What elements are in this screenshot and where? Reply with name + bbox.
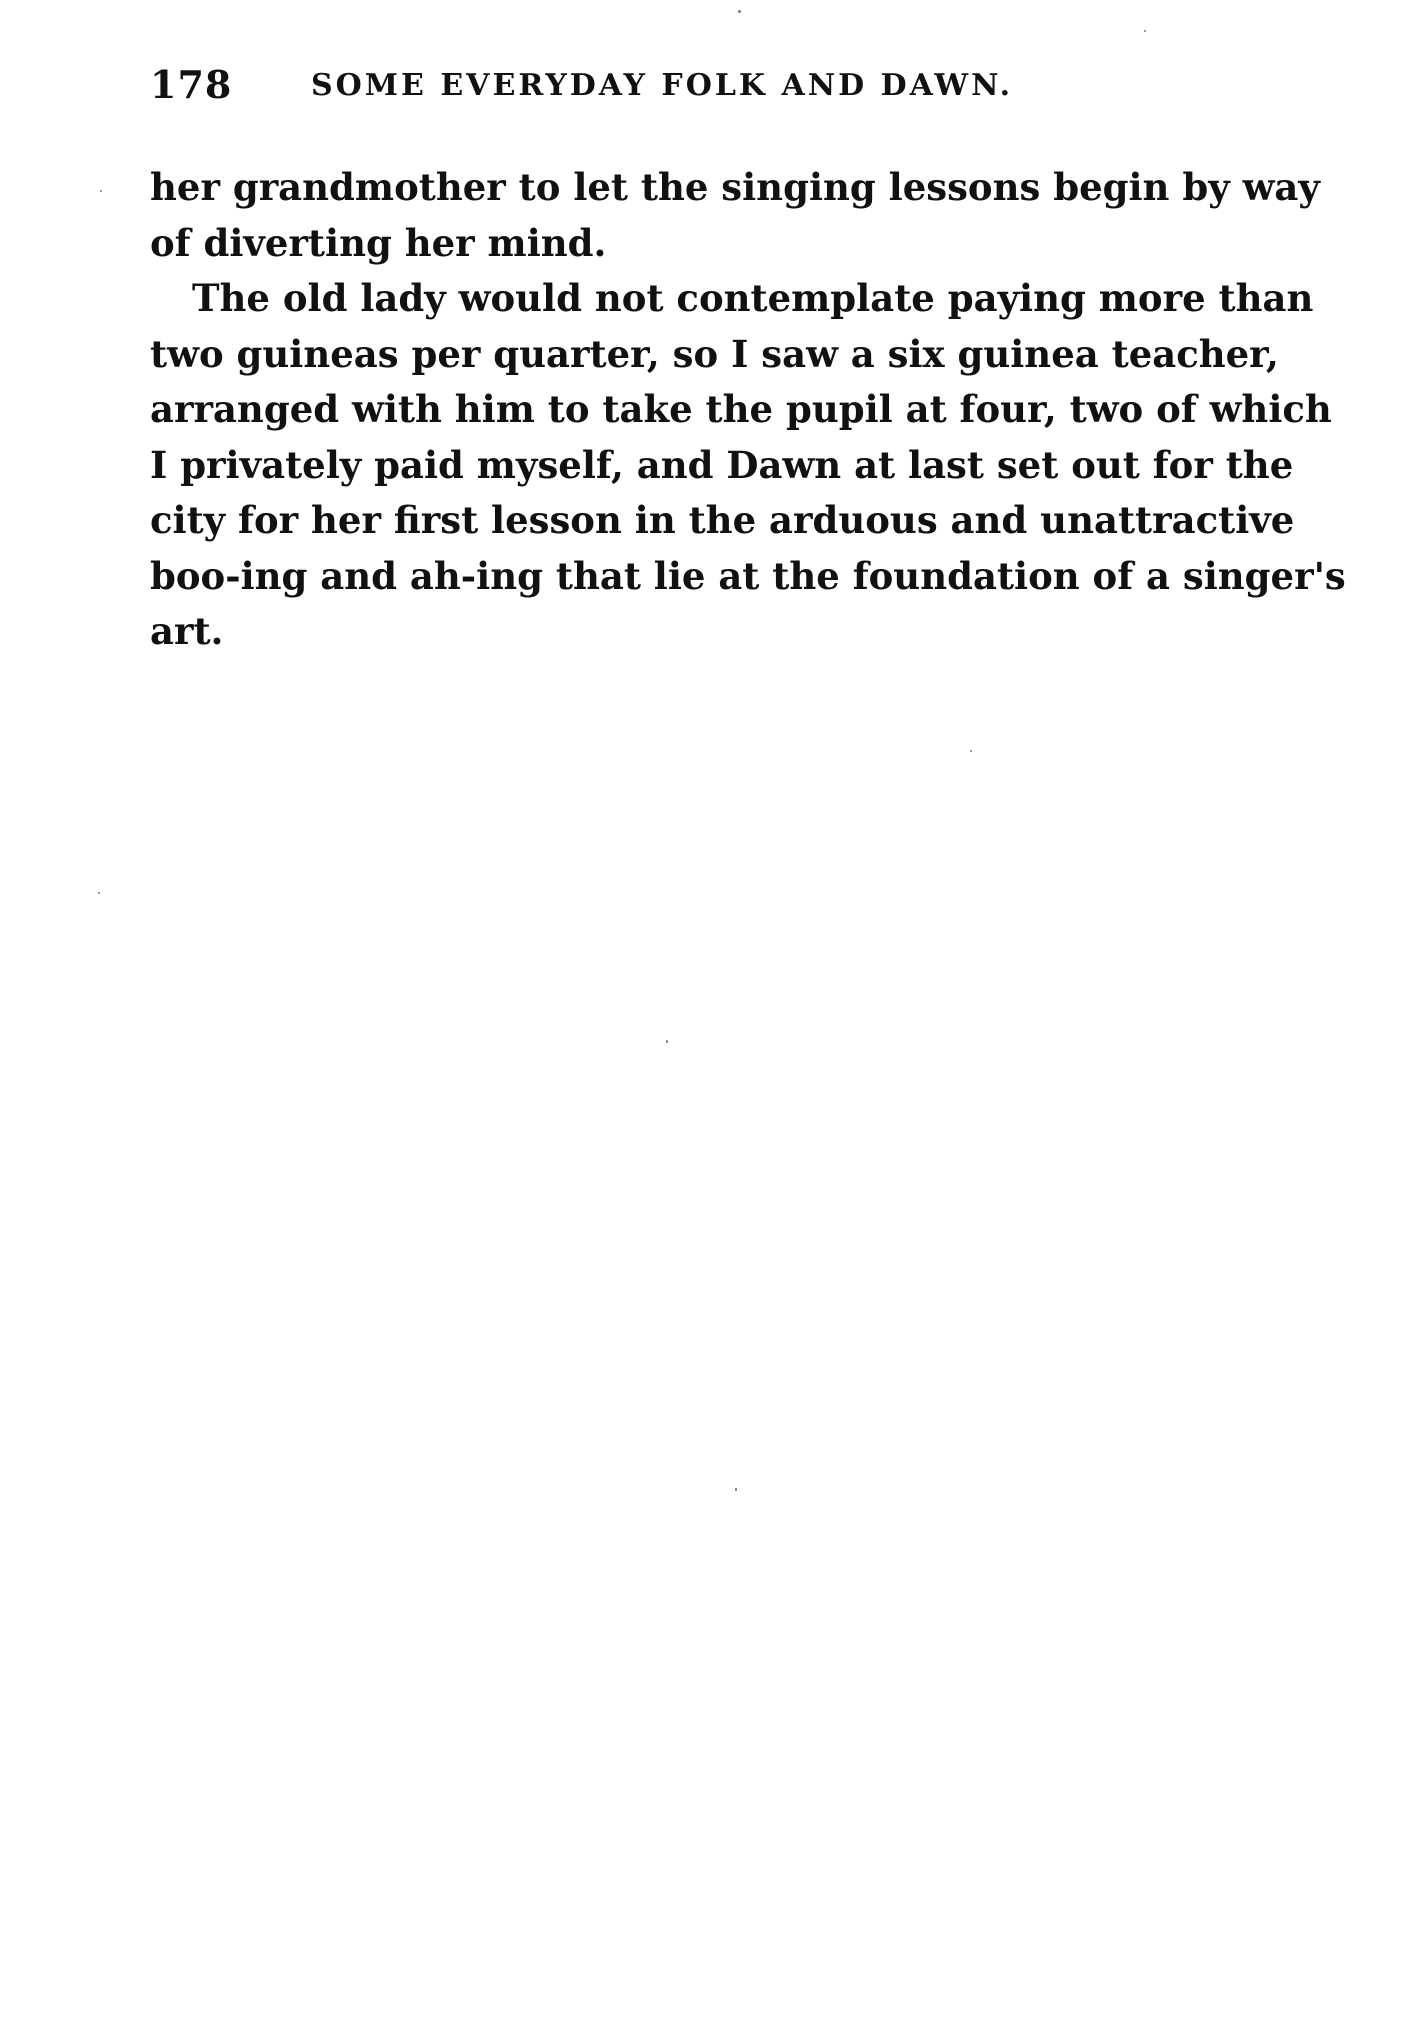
text-line: two guineas per quarter, so I saw a six … bbox=[150, 327, 1256, 383]
scan-speck bbox=[100, 190, 102, 192]
running-head: SOME EVERYDAY FOLK AND DAWN. bbox=[311, 68, 1013, 103]
text-line: arranged with him to take the pupil at f… bbox=[150, 382, 1256, 438]
text-line: her grandmother to let the singing lesso… bbox=[150, 160, 1256, 216]
text-line: The old lady would not contemplate payin… bbox=[150, 271, 1256, 327]
page-number: 178 bbox=[150, 62, 232, 107]
text-line: I privately paid myself, and Dawn at las… bbox=[150, 438, 1256, 494]
page-header: 178 SOME EVERYDAY FOLK AND DAWN. bbox=[150, 62, 1260, 122]
text-line: city for her first lesson in the arduous… bbox=[150, 493, 1256, 549]
scan-speck bbox=[970, 750, 972, 752]
body-text: her grandmother to let the singing lesso… bbox=[150, 160, 1256, 660]
scan-speck bbox=[1144, 30, 1146, 32]
book-page: 178 SOME EVERYDAY FOLK AND DAWN. her gra… bbox=[0, 0, 1404, 2043]
scan-speck bbox=[666, 1040, 668, 1043]
scan-speck bbox=[98, 892, 100, 894]
scan-speck bbox=[738, 10, 741, 13]
text-line: art. bbox=[150, 604, 1256, 660]
scan-speck bbox=[735, 1488, 737, 1491]
text-line: of diverting her mind. bbox=[150, 216, 1256, 272]
text-line: boo-ing and ah-ing that lie at the found… bbox=[150, 549, 1256, 605]
